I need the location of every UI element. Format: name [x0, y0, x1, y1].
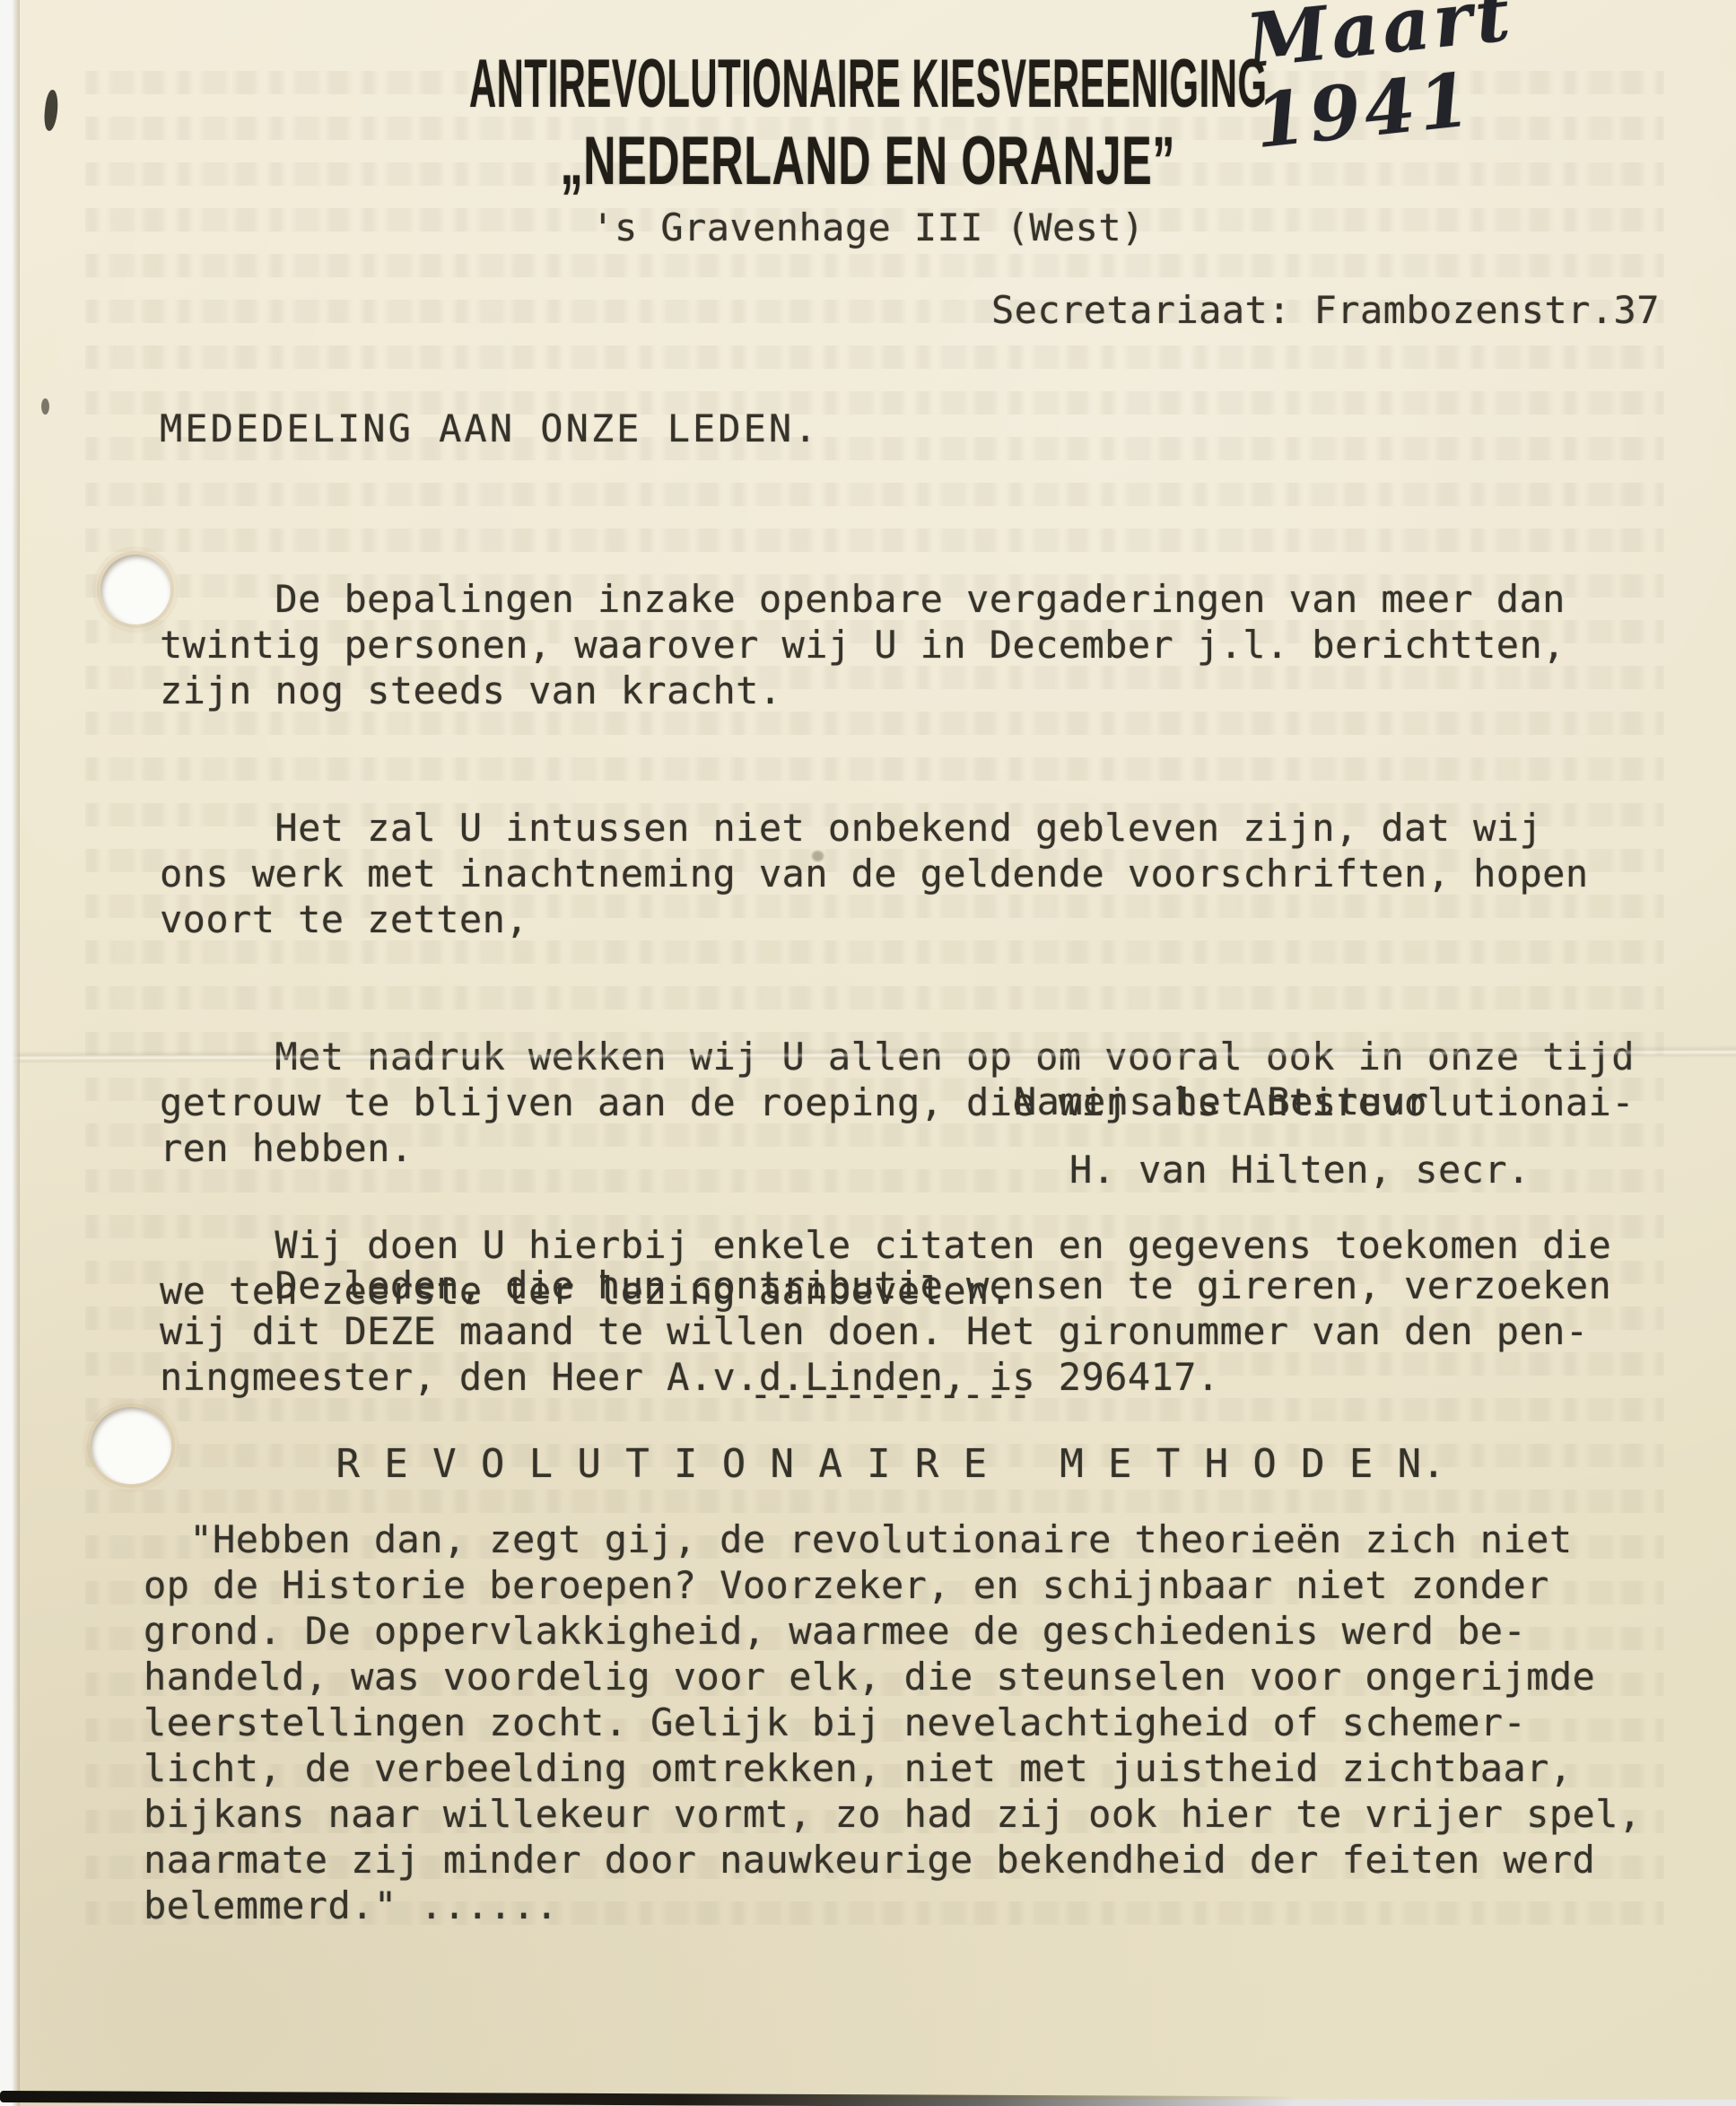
punch-hole-bottom [91, 1407, 171, 1484]
organization-name-line2-row: „NEDERLAND EN ORANJE” [0, 127, 1736, 196]
organization-name-line1: ANTIREVOLUTIONAIRE KIESVEREENIGING [469, 50, 1268, 118]
ink-smudge [812, 851, 824, 861]
scanner-margin-left [0, 0, 20, 2106]
signoff-organization: Namens het Bestuur [1014, 1079, 1428, 1124]
punch-hole-top [100, 555, 170, 625]
organization-location: 's Gravenhage III (West) [0, 205, 1736, 250]
paper-edge-speck [41, 398, 49, 415]
notice-salutation: MEDEDELING AAN ONZE LEDEN. [160, 406, 819, 451]
secretariat-address: Secretariaat: Frambozenstr.37 [991, 287, 1660, 333]
enclosure-note: Wij doen U hierbij enkele citaten en geg… [160, 1222, 1611, 1314]
notice-paragraph-2: Het zal U intussen niet onbekend gebleve… [160, 805, 1635, 942]
signoff-secretary-name: H. van Hilten, secr. [1069, 1147, 1531, 1193]
organization-name-line2: „NEDERLAND EN ORANJE” [561, 127, 1176, 196]
notice-body: De bepalingen inzake openbare vergaderin… [160, 485, 1635, 1491]
article-heading: R E V O L U T I O N A I R E M E T H O D … [160, 1441, 1622, 1487]
article-quote: "Hebben dan, zegt gij, de revolutionaire… [144, 1516, 1642, 1928]
organization-name-line1-row: ANTIREVOLUTIONAIRE KIESVEREENIGING [0, 50, 1736, 118]
dashed-separator: ------------ [160, 1371, 1622, 1417]
notice-paragraph-1: De bepalingen inzake openbare vergaderin… [160, 576, 1635, 713]
scanned-letter-page: Maart 1941 ANTIREVOLUTIONAIRE KIESVEREEN… [0, 0, 1736, 2106]
paper-bottom-torn-edge [0, 2091, 1364, 2106]
